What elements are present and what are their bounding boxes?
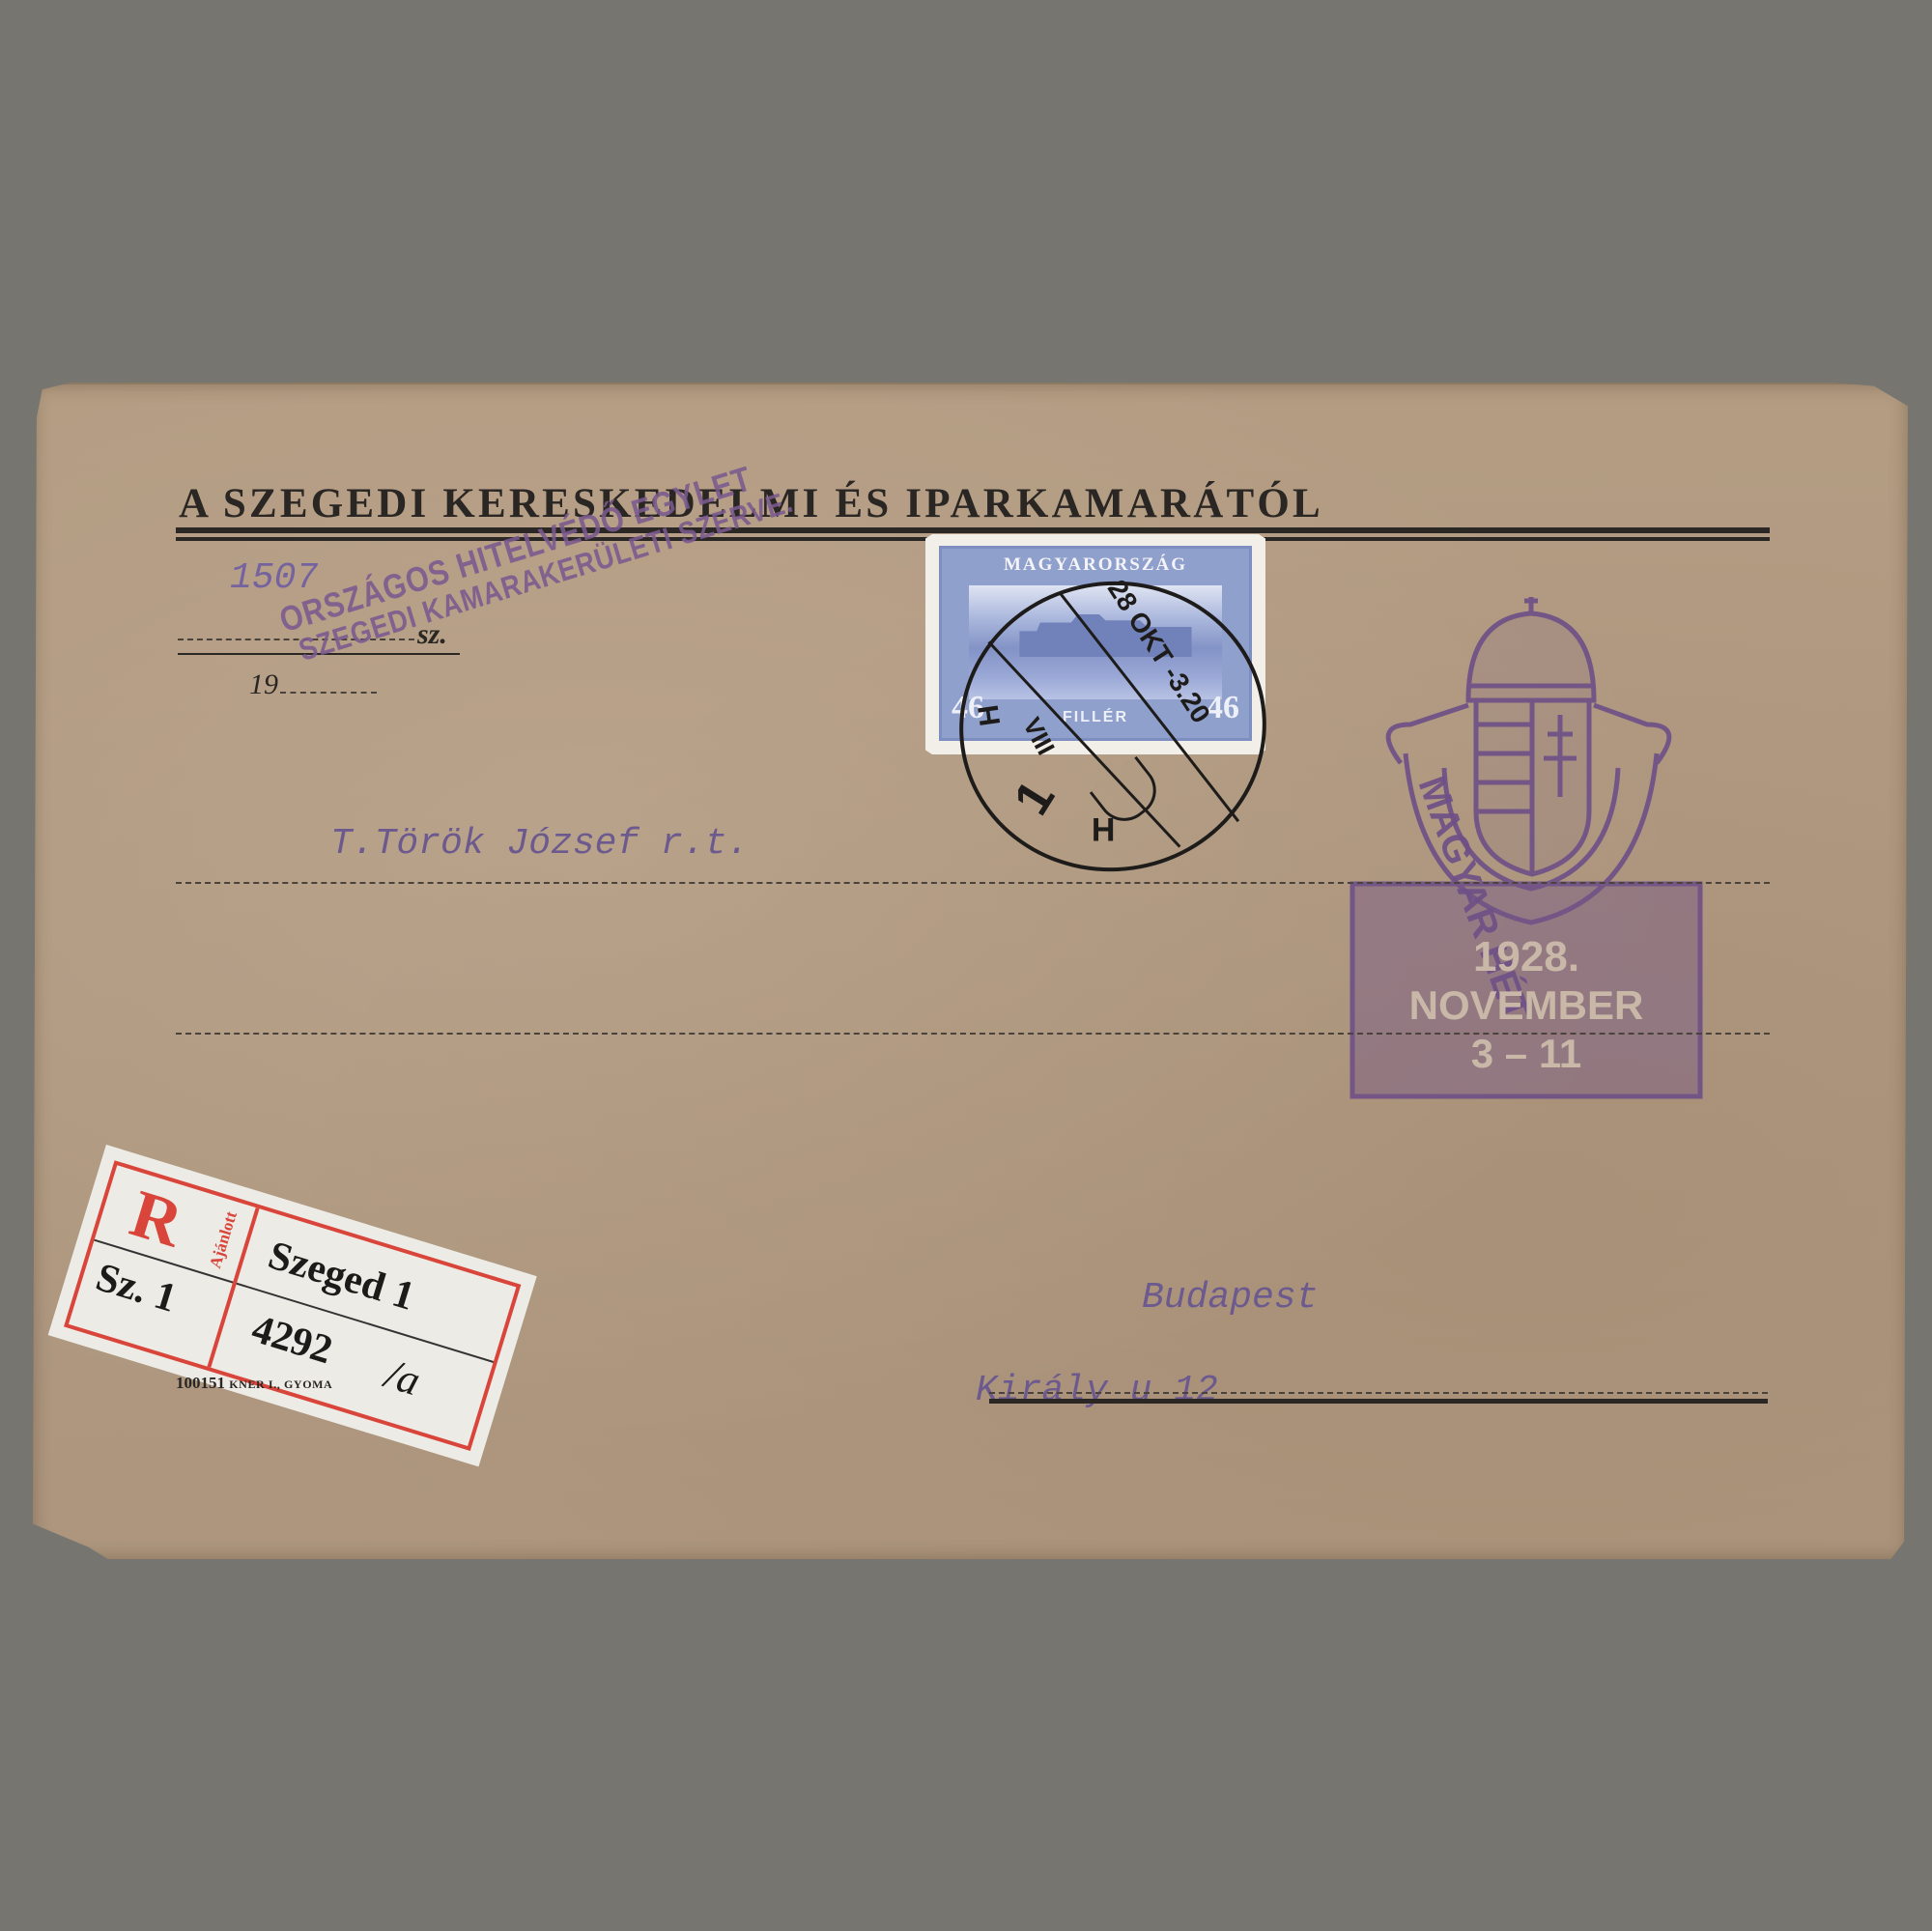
header-rule-top (176, 527, 1770, 533)
postmark-bar-left (987, 640, 1180, 847)
postmark-left-letter: H (973, 702, 1009, 727)
printer-imprint: 100151 KNER I., GYOMA (176, 1374, 332, 1393)
postmark-month: VIII (1016, 713, 1061, 760)
postage-stamp-country: MAGYARORSZÁG (942, 554, 1249, 576)
registration-suffix: /a (380, 1349, 426, 1406)
recipient-name: T.Török József r.t. (330, 823, 749, 865)
postmark-numeral: 1 (1003, 771, 1066, 825)
printer-name: KNER I., GYOMA (229, 1377, 332, 1391)
recipient-street: Király u 12 (976, 1370, 1218, 1411)
printer-code: 100151 (176, 1374, 225, 1392)
registration-series: Sz. 1 (91, 1254, 182, 1321)
cachet-days: 3 – 11 (1471, 1031, 1581, 1076)
magyar-het-cachet: MAGYAR HÉT 1928. NOVEMBER 3 – 11 (1333, 580, 1719, 1106)
registration-letter: R (122, 1176, 191, 1264)
registration-side-text: Ajánlott (206, 1209, 241, 1271)
address-line-3-rule (989, 1399, 1768, 1404)
recipient-city: Budapest (1142, 1277, 1318, 1319)
cachet-month: NOVEMBER (1409, 982, 1644, 1028)
cachet-year: 1928. (1473, 933, 1579, 980)
registration-number: 4292 (246, 1306, 337, 1374)
reference-year-label: 19 (249, 668, 278, 701)
reference-year-line (280, 692, 377, 694)
address-line-2 (176, 1033, 1770, 1035)
address-line-3-dotted (989, 1392, 1768, 1394)
address-line-1 (176, 882, 1770, 884)
registration-office: Szeged 1 (263, 1232, 419, 1320)
